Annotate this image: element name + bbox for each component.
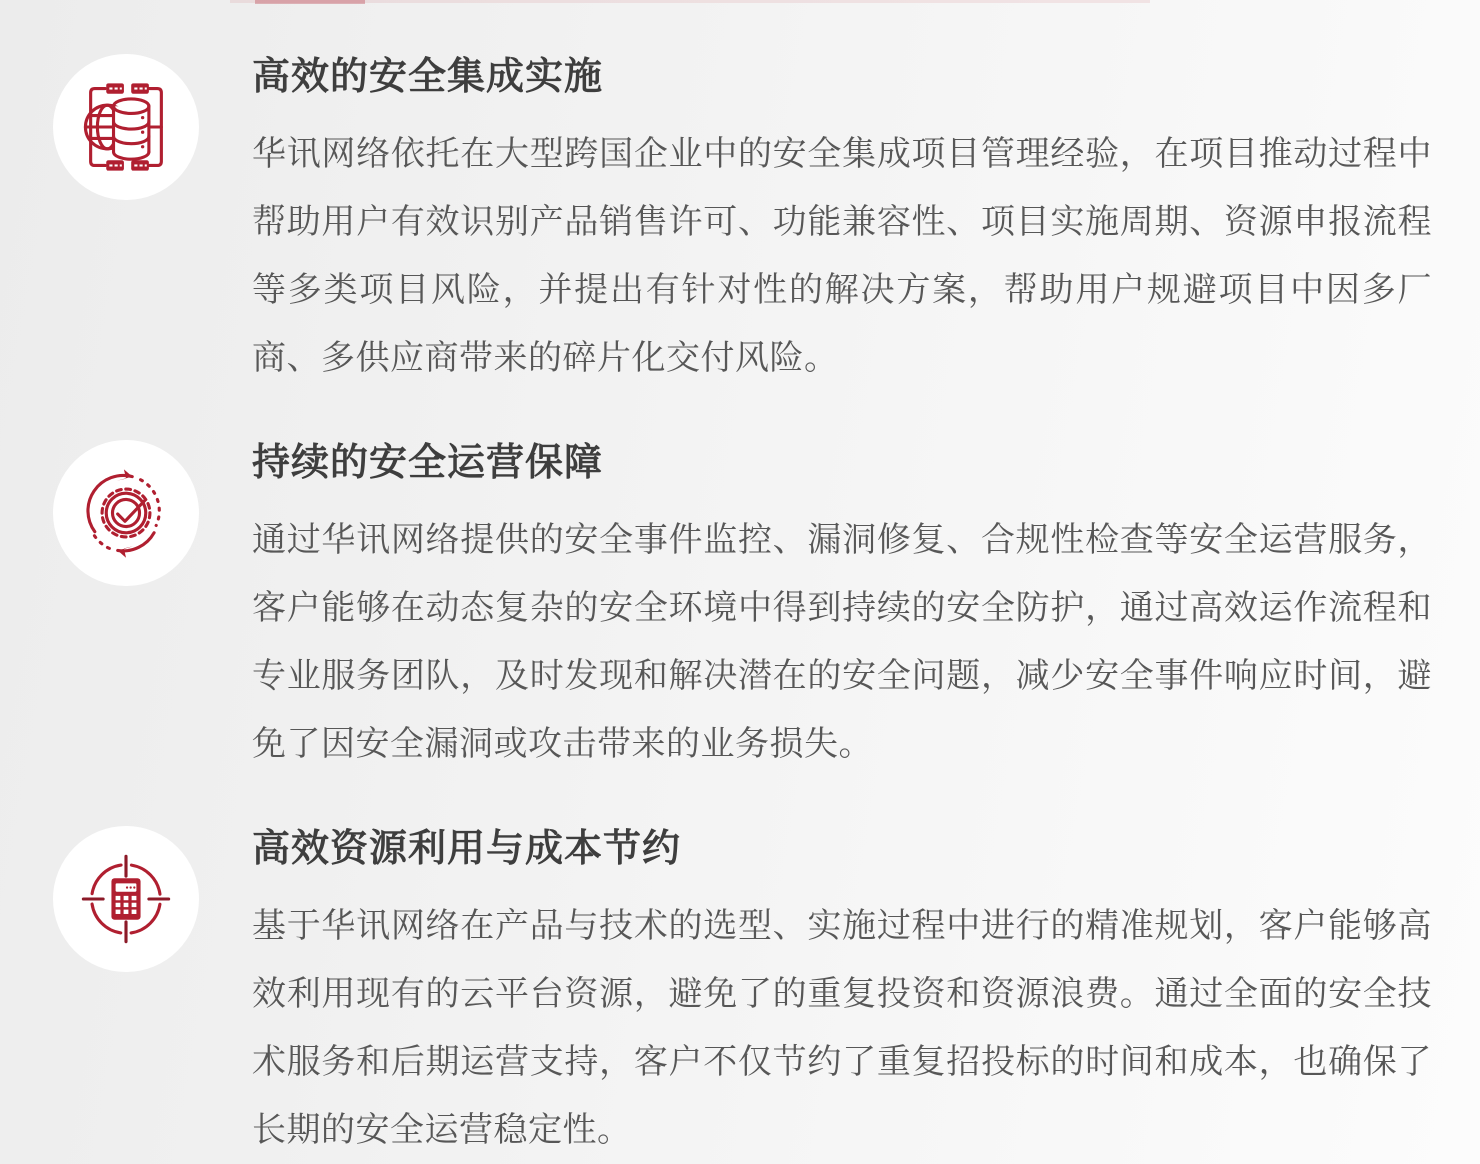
top-accent-bar-segment [255,0,365,4]
section-title: 高效的安全集成实施 [252,54,1432,100]
section-title: 高效资源利用与成本节约 [252,826,1432,872]
top-accent-bar [230,0,1150,3]
section-cost-savings: 高效资源利用与成本节约 基于华讯网络在产品与技术的选型、实施过程中进行的精准规划… [53,826,1432,1164]
section-body: 通过华讯网络提供的安全事件监控、漏洞修复、合规性检查等安全运营服务，客户能够在动… [252,506,1432,778]
section-security-integration: 高效的安全集成实施 华讯网络依托在大型跨国企业中的安全集成项目管理经验，在项目推… [53,54,1432,392]
section-title: 持续的安全运营保障 [252,440,1432,486]
section-text: 高效资源利用与成本节约 基于华讯网络在产品与技术的选型、实施过程中进行的精准规划… [252,826,1432,1164]
section-icon-column [53,826,252,972]
calculator-target-icon [53,826,199,972]
section-text: 持续的安全运营保障 通过华讯网络提供的安全事件监控、漏洞修复、合规性检查等安全运… [252,440,1432,778]
section-body: 基于华讯网络在产品与技术的选型、实施过程中进行的精准规划，客户能够高效利用现有的… [252,892,1432,1164]
section-text: 高效的安全集成实施 华讯网络依托在大型跨国企业中的安全集成项目管理经验，在项目推… [252,54,1432,392]
section-body: 华讯网络依托在大型跨国企业中的安全集成项目管理经验，在项目推动过程中帮助用户有效… [252,120,1432,392]
section-security-operations: 持续的安全运营保障 通过华讯网络提供的安全事件监控、漏洞修复、合规性检查等安全运… [53,440,1432,778]
section-icon-column [53,54,252,200]
feature-sections: 高效的安全集成实施 华讯网络依托在大型跨国企业中的安全集成项目管理经验，在项目推… [0,0,1480,1164]
gear-check-cycle-icon [53,440,199,586]
section-icon-column [53,440,252,586]
globe-database-network-icon [53,54,199,200]
